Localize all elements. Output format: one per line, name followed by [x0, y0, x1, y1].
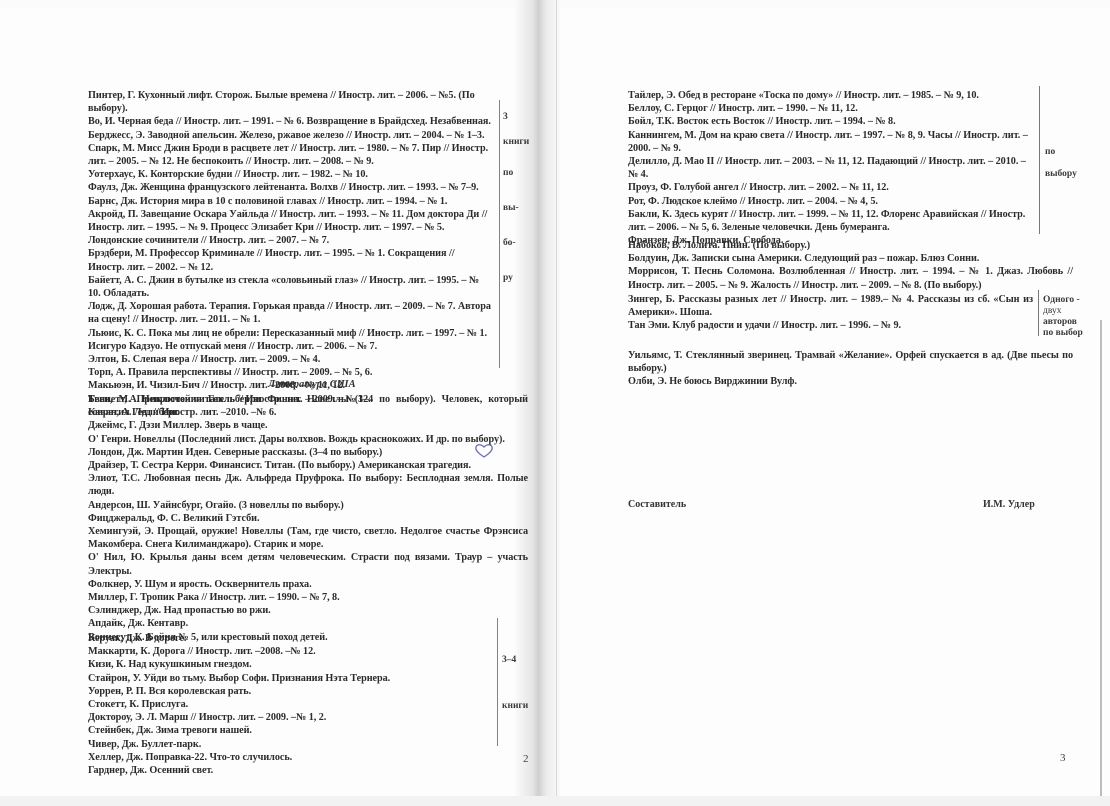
side-note-word: вы- [503, 202, 519, 214]
side-note-word: по выбор [1043, 327, 1100, 339]
bibliography-entry: Байетт, А. С. Джин в бутылке из стекла «… [88, 274, 493, 300]
side-note-word: книги [503, 136, 529, 148]
bibliography-entry: Бойл, Т.К. Восток есть Восток // Иностр.… [628, 115, 1036, 128]
bibliography-entry: Зингер, Б. Рассказы разных лет // Иностр… [628, 293, 1033, 319]
left-usa-list: Твен, М. Приключения Гекльберри Финна. Н… [88, 393, 528, 644]
bibliography-entry: Твен, М. Приключения Гекльберри Финна. Н… [88, 393, 528, 419]
left-group1-bracket [499, 100, 500, 368]
right-group2-list: Набоков, В. Лолита. Пнин. (По выбору.)Бо… [628, 239, 1073, 292]
bibliography-entry: Спарк, М. Мисс Джин Броди в расцвете лет… [88, 142, 493, 168]
bibliography-entry: Чивер, Дж. Буллет-парк. [88, 738, 493, 751]
right-group3-bracket [1038, 290, 1039, 336]
bibliography-entry: Лондон, Дж. Мартин Иден. Северные расска… [88, 446, 528, 459]
bibliography-entry: Делилло, Д. Мао II // Иностр. лит. – 200… [628, 155, 1036, 181]
left-group3-list: Керуак, Дж. В дороге.Маккарти, К. Дорога… [88, 632, 493, 777]
right-group4-list: Уильямс, Т. Стеклянный зверинец. Трамвай… [628, 349, 1073, 389]
bibliography-entry: Драйзер, Т. Сестра Керри. Финансист. Тит… [88, 459, 528, 472]
bibliography-entry: Во, И. Черная беда // Иностр. лит. – 199… [88, 115, 493, 128]
side-note-word: книги [502, 700, 528, 712]
bibliography-entry: Доктороу, Э. Л. Марш // Иностр. лит. – 2… [88, 711, 493, 724]
side-note-word: по [503, 167, 513, 179]
bibliography-entry: Керуак, Дж. В дороге. [88, 632, 493, 645]
bibliography-entry: Фаулз, Дж. Женщина французского лейтенан… [88, 181, 493, 194]
bibliography-entry: Джеймс, Г. Дэзи Миллер. Зверь в чаще. [88, 419, 528, 432]
bibliography-entry: Элтон, Б. Слепая вера // Иностр. лит. – … [88, 353, 493, 366]
bibliography-entry: Фолкнер, У. Шум и ярость. Осквернитель п… [88, 578, 528, 591]
bibliography-entry: Сэлинджер, Дж. Над пропастью во ржи. [88, 604, 528, 617]
bibliography-entry: Уотерхаус, К. Конторские будни // Иностр… [88, 168, 493, 181]
page-edge [1100, 320, 1102, 806]
bibliography-entry: Барнс, Дж. История мира в 10 с половиной… [88, 195, 493, 208]
bibliography-entry: Фицджеральд, Ф. С. Великий Гэтсби. [88, 512, 528, 525]
page-number-right: 3 [1060, 752, 1066, 764]
bibliography-entry: Беллоу, С. Герцог // Иностр. лит. – 1990… [628, 102, 1036, 115]
bibliography-entry: Тайлер, Э. Обед в ресторане «Тоска по до… [628, 89, 1036, 102]
page-number-left: 2 [523, 753, 529, 765]
bibliography-entry: Берджесс, Э. Заводной апельсин. Железо, … [88, 129, 493, 142]
bibliography-entry: Миллер, Г. Тропик Рака // Иностр. лит. –… [88, 591, 528, 604]
bibliography-entry: Болдуин, Дж. Записки сына Америки. Следу… [628, 252, 1073, 265]
bibliography-entry: О' Нил, Ю. Крылья даны всем детям челове… [88, 551, 528, 577]
side-note-word: бо- [503, 237, 516, 249]
compiler-label: Составитель [628, 499, 686, 510]
bibliography-entry: Брэдбери, М. Профессор Криминале // Инос… [88, 247, 493, 273]
bibliography-entry: Проуз, Ф. Голубой ангел // Иностр. лит. … [628, 181, 1036, 194]
side-note-word: ру [503, 272, 513, 284]
compiler-name: И.М. Удлер [983, 499, 1035, 510]
side-note-word: по [1045, 146, 1055, 158]
bibliography-entry: Стейнбек, Дж. Зима тревоги нашей. [88, 724, 493, 737]
bibliography-entry: Маккарти, К. Дорога // Иностр. лит. –200… [88, 645, 493, 658]
bibliography-entry: Гарднер, Дж. Осенний свет. [88, 764, 493, 777]
bibliography-entry: Тан Эми. Клуб радости и удачи // Иностр.… [628, 319, 1033, 332]
bibliography-entry: Рот, Ф. Людское клеймо // Иностр. лит. –… [628, 195, 1036, 208]
section-title-usa: Литература США [268, 379, 356, 390]
bibliography-entry: Исигуро Кадзуо. Не отпускай меня // Инос… [88, 340, 493, 353]
bibliography-entry: О' Генри. Новеллы (Последний лист. Дары … [88, 433, 528, 446]
right-group1-list: Тайлер, Э. Обед в ресторане «Тоска по до… [628, 89, 1036, 247]
side-note-word: 3–4 [502, 654, 516, 666]
heart-doodle-icon [474, 443, 494, 459]
bibliography-entry: Хеллер, Дж. Поправка-22. Что-то случилос… [88, 751, 493, 764]
bibliography-entry: Уильямс, Т. Стеклянный зверинец. Трамвай… [628, 349, 1073, 375]
book-spread: Пинтер, Г. Кухонный лифт. Сторож. Былые … [0, 0, 1110, 806]
bibliography-entry: Моррисон, Т. Песнь Соломона. Возлюбленна… [628, 265, 1073, 291]
bibliography-entry: Набоков, В. Лолита. Пнин. (По выбору.) [628, 239, 1073, 252]
bibliography-entry: Андерсон, Ш. Уайнсбург, Огайо. (3 новелл… [88, 499, 528, 512]
side-note-word: выбору [1045, 168, 1077, 180]
bibliography-entry: Стокетт, К. Прислуга. [88, 698, 493, 711]
bibliography-entry: Акройд, П. Завещание Оскара Уайльда // И… [88, 208, 493, 248]
left-group1-list: Пинтер, Г. Кухонный лифт. Сторож. Былые … [88, 89, 493, 419]
bibliography-entry: Льюис, К. С. Пока мы лиц не обрели: Пере… [88, 327, 493, 340]
right-group3-list: Зингер, Б. Рассказы разных лет // Иностр… [628, 293, 1033, 333]
bibliography-entry: Пинтер, Г. Кухонный лифт. Сторож. Былые … [88, 89, 493, 115]
bibliography-entry: Лодж, Д. Хорошая работа. Терапия. Горька… [88, 300, 493, 326]
bibliography-entry: Олби, Э. Не боюсь Вирджинии Вулф. [628, 375, 1073, 388]
left-group3-bracket [497, 618, 498, 746]
side-note-word: 3 [503, 111, 508, 123]
bibliography-entry: Стайрон, У. Уйди во тьму. Выбор Софи. Пр… [88, 672, 493, 685]
bibliography-entry: Хемингуэй, Э. Прощай, оружие! Новеллы (Т… [88, 525, 528, 551]
bibliography-entry: Каннингем, М. Дом на краю света // Иност… [628, 129, 1036, 155]
bibliography-entry: Уоррен, Р. П. Вся королевская рать. [88, 685, 493, 698]
bibliography-entry: Апдайк, Дж. Кентавр. [88, 617, 528, 630]
bibliography-entry: Кизи, К. Над кукушкиным гнездом. [88, 658, 493, 671]
right-group1-bracket [1039, 86, 1040, 234]
bibliography-entry: Торп, А. Правила перспективы // Иностр. … [88, 366, 493, 379]
page-crease [556, 0, 557, 806]
page-bottom-edge [0, 796, 1110, 806]
bibliography-entry: Бакли, К. Здесь курят // Иностр. лит. – … [628, 208, 1036, 234]
bibliography-entry: Элиот, Т.С. Любовная песнь Дж. Альфреда … [88, 472, 528, 498]
